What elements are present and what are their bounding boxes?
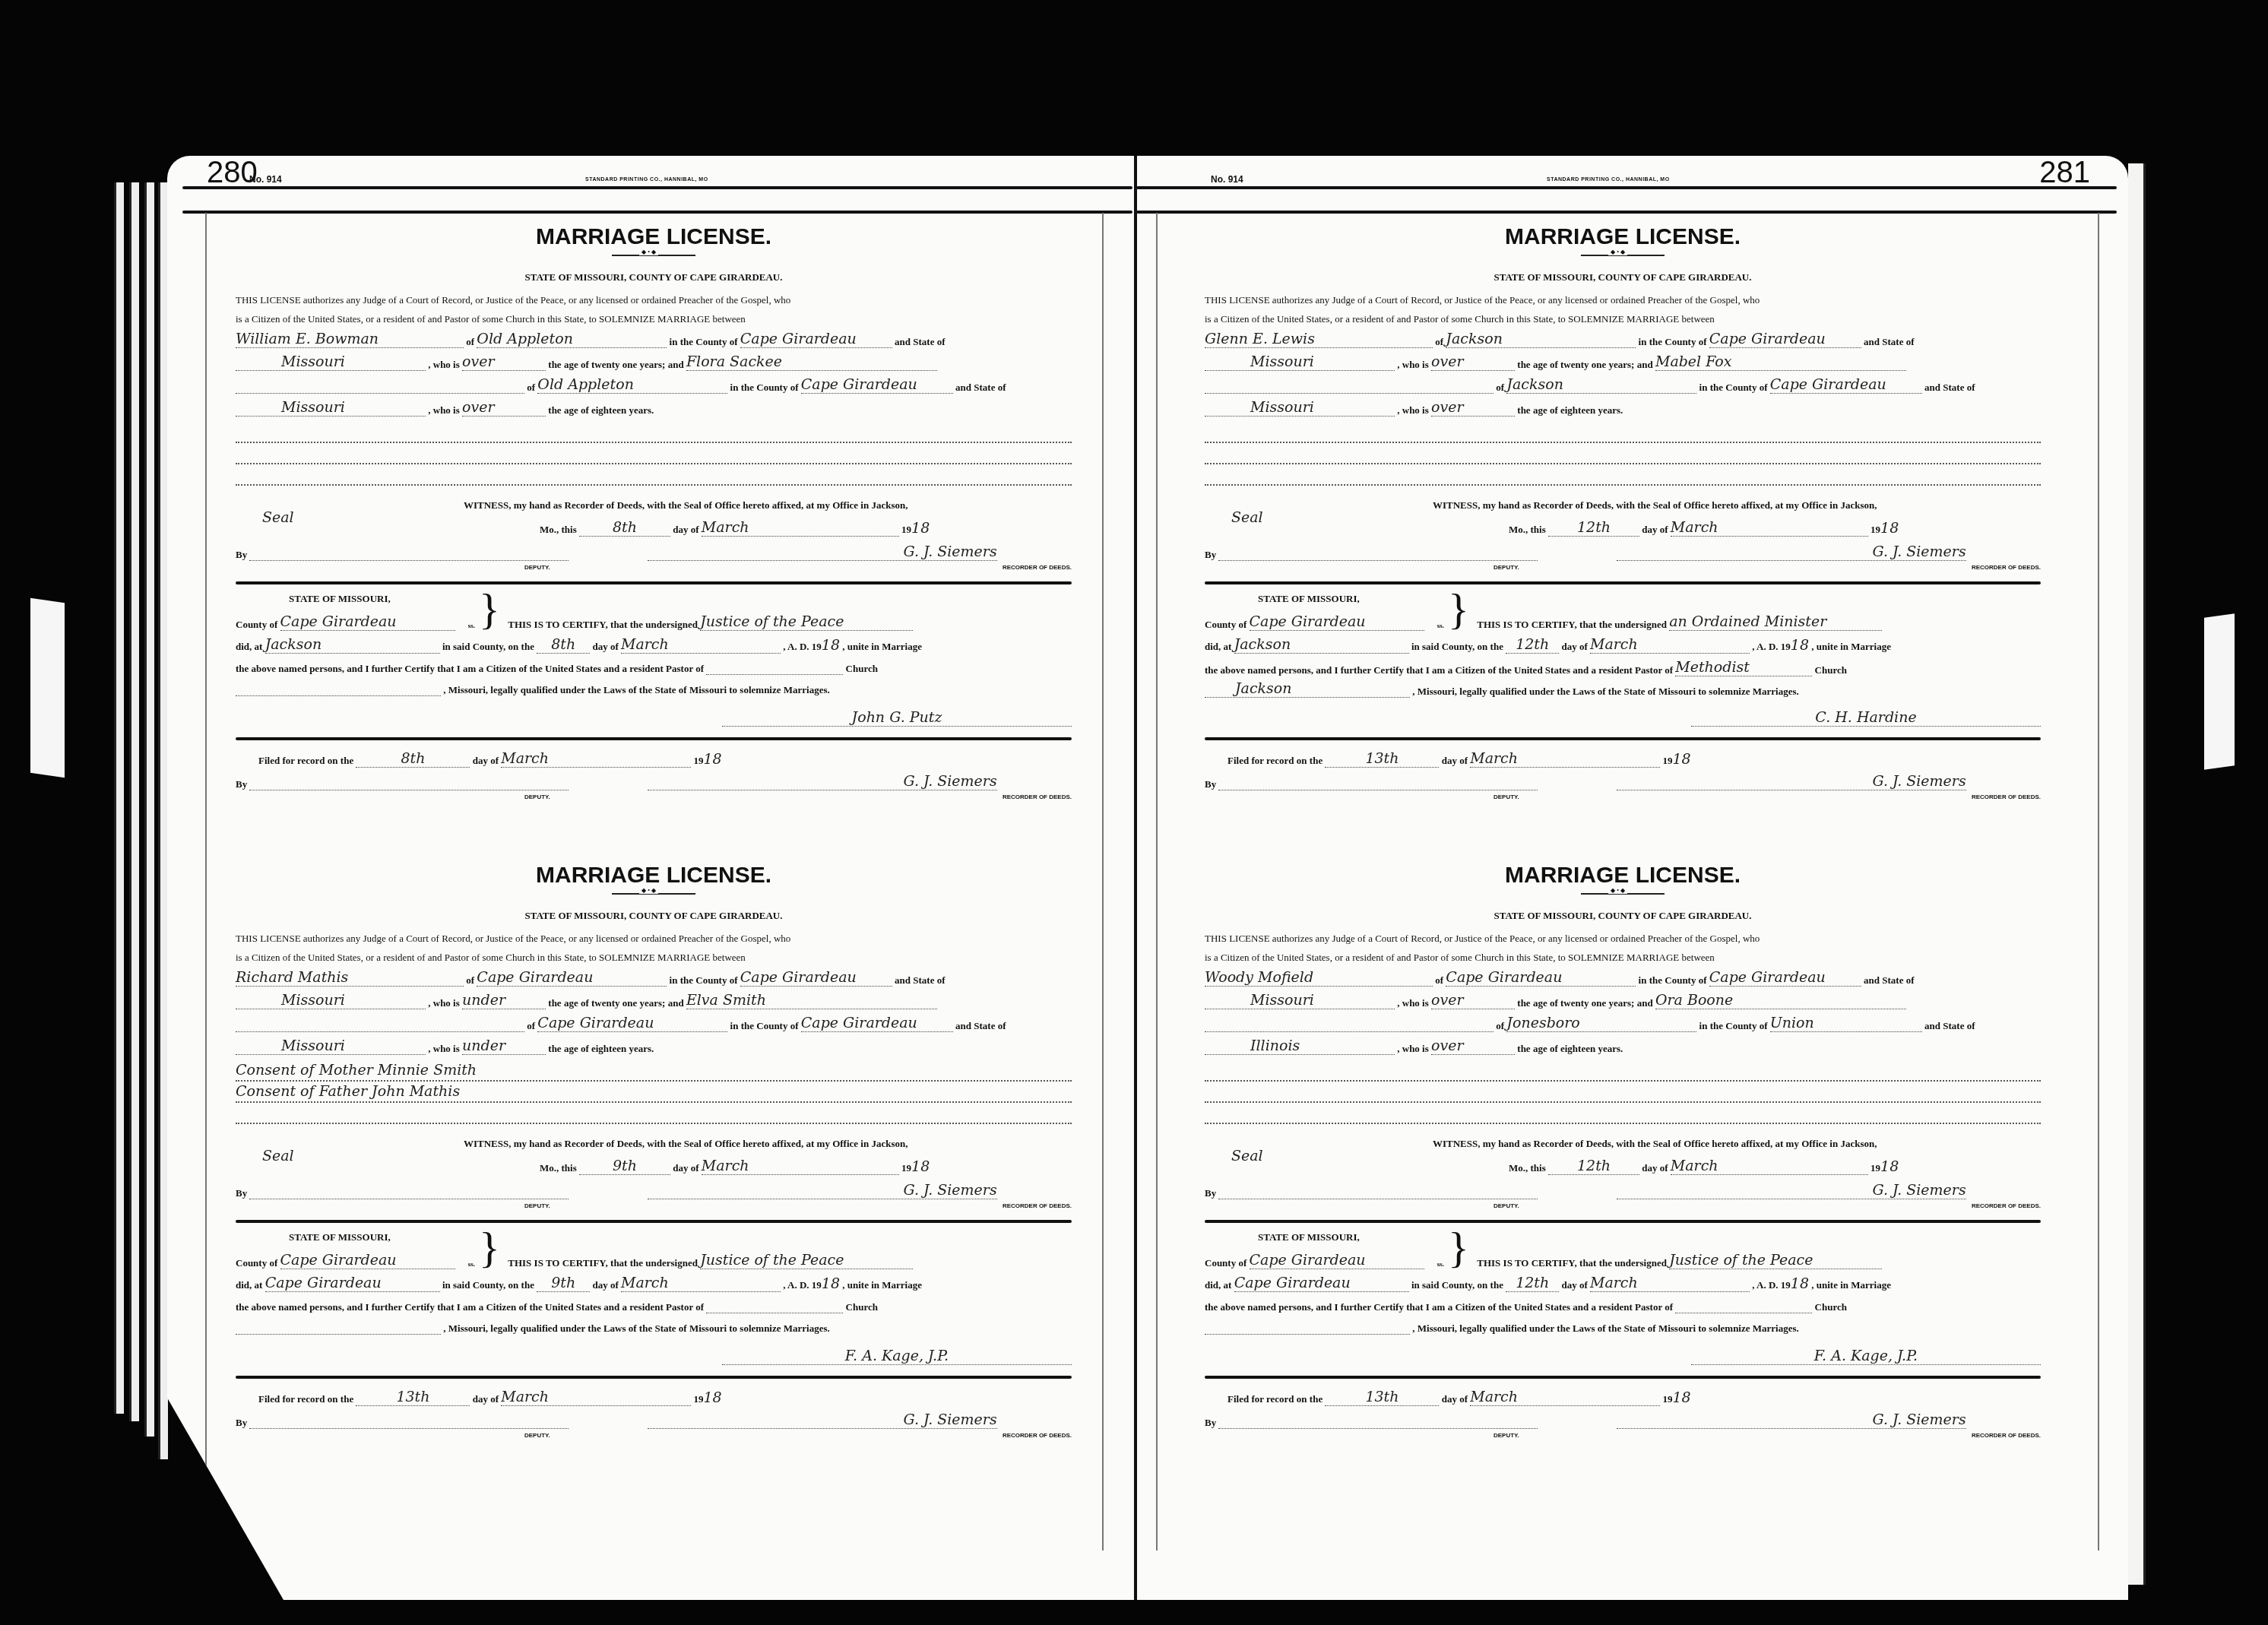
label: , who is bbox=[428, 404, 460, 416]
label: in the County of bbox=[1699, 382, 1768, 393]
label: , who is bbox=[428, 359, 460, 370]
cert-county: Cape Girardeau bbox=[280, 613, 455, 631]
label: of bbox=[527, 382, 535, 393]
license-title: MARRIAGE LICENSE. bbox=[1205, 224, 2041, 250]
label: , unite in Marriage bbox=[1811, 1279, 1891, 1291]
label: the age of twenty one years; and bbox=[548, 359, 683, 370]
index-tab bbox=[2204, 613, 2235, 770]
label: Church bbox=[846, 1301, 878, 1313]
label: , A. D. 19 bbox=[783, 1279, 822, 1291]
officiant-signature: C. H. Hardine bbox=[1691, 709, 2041, 727]
label: Church bbox=[846, 663, 878, 674]
label: in said County, on the bbox=[1411, 641, 1503, 652]
recorder-signature: G. J. Siemers bbox=[648, 543, 997, 561]
label: of bbox=[1496, 382, 1504, 393]
recorder-signature: G. J. Siemers bbox=[1617, 543, 1966, 561]
label: of bbox=[466, 336, 474, 347]
ornament-divider bbox=[1581, 893, 1665, 895]
filed-day: 13th bbox=[356, 1389, 470, 1406]
label: day of bbox=[673, 1162, 698, 1174]
page-number: 280 bbox=[207, 156, 258, 190]
label: Filed for record on the bbox=[258, 755, 353, 766]
marriage-year: 18 bbox=[1791, 1275, 1809, 1292]
recorder-label: RECORDER OF DEEDS. bbox=[1003, 564, 1072, 571]
label: did, at bbox=[236, 1279, 262, 1291]
groom-age-qualifier: over bbox=[1431, 353, 1515, 371]
officiant-title: Justice of the Peace bbox=[1669, 1252, 1882, 1269]
label: , who is bbox=[1397, 404, 1429, 416]
open-ledger: 280 No. 914 STANDARD PRINTING CO., HANNI… bbox=[167, 156, 2128, 1600]
label: Mo., this bbox=[540, 1162, 577, 1174]
label: 19 bbox=[693, 755, 703, 766]
label: 19 bbox=[693, 1393, 703, 1405]
label: ss. bbox=[1437, 622, 1444, 629]
authorization-text: THIS LICENSE authorizes any Judge of a C… bbox=[236, 294, 1072, 306]
marriage-day: 12th bbox=[1506, 636, 1559, 654]
form-number: No. 914 bbox=[249, 174, 282, 185]
label: , Missouri, legally qualified under the … bbox=[443, 1322, 830, 1334]
license-title: MARRIAGE LICENSE. bbox=[1205, 863, 2041, 889]
label: , who is bbox=[1397, 1043, 1429, 1054]
label: and State of bbox=[955, 1020, 1006, 1031]
bride-age-qualifier: over bbox=[462, 399, 546, 417]
label: Mo., this bbox=[540, 524, 577, 535]
authorization-text: THIS LICENSE authorizes any Judge of a C… bbox=[236, 933, 1072, 945]
label: , Missouri, legally qualified under the … bbox=[1412, 686, 1799, 697]
marriage-license: MARRIAGE LICENSE. STATE OF MISSOURI, COU… bbox=[236, 863, 1072, 1509]
groom-age-qualifier: over bbox=[1431, 992, 1515, 1009]
groom-name: William E. Bowman bbox=[236, 331, 464, 348]
label: in said County, on the bbox=[442, 1279, 534, 1291]
label: By bbox=[236, 549, 247, 560]
label: and State of bbox=[1864, 974, 1914, 986]
filed-day: 13th bbox=[1325, 1389, 1439, 1406]
label: Mo., this bbox=[1509, 1162, 1546, 1174]
deputy-label: DEPUTY. bbox=[524, 564, 550, 571]
groom-name: Woody Mofield bbox=[1205, 969, 1433, 987]
cert-county: Cape Girardeau bbox=[1250, 1252, 1424, 1269]
seal-mark: Seal bbox=[262, 509, 294, 526]
label: did, at bbox=[1205, 1279, 1231, 1291]
seal-mark: Seal bbox=[262, 1148, 294, 1164]
issued-month: March bbox=[702, 519, 899, 537]
issued-year: 18 bbox=[911, 520, 930, 537]
label: in the County of bbox=[1639, 336, 1707, 347]
state-heading: STATE OF MISSOURI, COUNTY OF CAPE GIRARD… bbox=[1205, 271, 2041, 284]
recorder-label: RECORDER OF DEEDS. bbox=[1972, 793, 2041, 800]
church-denomination bbox=[1675, 1297, 1812, 1313]
label: the above named persons, and I further C… bbox=[1205, 664, 1673, 676]
bride-age-qualifier: under bbox=[462, 1037, 546, 1055]
license-title: MARRIAGE LICENSE. bbox=[236, 224, 1072, 250]
ornament-divider bbox=[612, 255, 695, 256]
church-town bbox=[1205, 1319, 1410, 1335]
bride-name: Elva Smith bbox=[686, 992, 937, 1009]
label: the age of twenty one years; and bbox=[1517, 359, 1652, 370]
groom-state: Missouri bbox=[236, 353, 426, 371]
label: day of bbox=[673, 524, 698, 535]
label: of bbox=[466, 974, 474, 986]
deputy-label: DEPUTY. bbox=[1494, 1202, 1519, 1209]
ornament-divider bbox=[1581, 255, 1665, 256]
label: the age of twenty one years; and bbox=[548, 997, 683, 1009]
issued-day: 8th bbox=[579, 519, 670, 537]
filed-recorder-signature: G. J. Siemers bbox=[648, 1411, 997, 1429]
marriage-place: Cape Girardeau bbox=[1234, 1275, 1409, 1292]
officiant-title: Justice of the Peace bbox=[700, 1252, 913, 1269]
issued-month: March bbox=[1671, 1158, 1868, 1175]
label: of bbox=[1496, 1020, 1504, 1031]
officiant-signature: John G. Putz bbox=[722, 709, 1072, 727]
filed-day: 13th bbox=[1325, 750, 1439, 768]
label: ss. bbox=[1437, 1260, 1444, 1268]
issued-month: March bbox=[702, 1158, 899, 1175]
officiant-signature: F. A. Kage, J.P. bbox=[722, 1348, 1072, 1365]
label: did, at bbox=[1205, 641, 1231, 652]
label: By bbox=[236, 1417, 247, 1428]
groom-residence: Cape Girardeau bbox=[477, 969, 667, 987]
label: day of bbox=[1561, 641, 1587, 652]
label: the age of eighteen years. bbox=[548, 404, 654, 416]
label: the above named persons, and I further C… bbox=[1205, 1301, 1673, 1313]
label: By bbox=[1205, 778, 1216, 790]
label: By bbox=[1205, 1417, 1216, 1428]
state-of-missouri: STATE OF MISSOURI, bbox=[1258, 593, 1360, 605]
bride-state: Illinois bbox=[1205, 1037, 1395, 1055]
cert-county: Cape Girardeau bbox=[280, 1252, 455, 1269]
label: of bbox=[527, 1020, 535, 1031]
label: day of bbox=[473, 1393, 499, 1405]
label: , Missouri, legally qualified under the … bbox=[443, 684, 830, 695]
consent-line: Consent of Father John Mathis bbox=[236, 1083, 1072, 1100]
officiant-title: an Ordained Minister bbox=[1669, 613, 1882, 631]
marriage-day: 9th bbox=[537, 1275, 590, 1292]
bride-county: Cape Girardeau bbox=[1770, 376, 1922, 394]
filed-month: March bbox=[501, 1389, 691, 1406]
recorder-label: RECORDER OF DEEDS. bbox=[1003, 793, 1072, 800]
state-heading: STATE OF MISSOURI, COUNTY OF CAPE GIRARD… bbox=[1205, 910, 2041, 922]
page-edge bbox=[114, 182, 124, 1414]
witness-text: WITNESS, my hand as Recorder of Deeds, w… bbox=[464, 499, 1072, 512]
label: Filed for record on the bbox=[1227, 755, 1322, 766]
label: day of bbox=[473, 755, 499, 766]
state-of-missouri: STATE OF MISSOURI, bbox=[289, 593, 391, 605]
label: 19 bbox=[1662, 755, 1672, 766]
bride-name: Mabel Fox bbox=[1655, 353, 1906, 371]
deputy-label: DEPUTY. bbox=[1494, 564, 1519, 571]
label: Filed for record on the bbox=[258, 1393, 353, 1405]
label: THIS IS TO CERTIFY, that the undersigned bbox=[508, 619, 698, 630]
label: the above named persons, and I further C… bbox=[236, 1301, 704, 1313]
issued-day: 9th bbox=[579, 1158, 670, 1175]
label: 19 bbox=[1662, 1393, 1672, 1405]
label: of bbox=[1435, 336, 1443, 347]
groom-residence: Old Appleton bbox=[477, 331, 667, 348]
authorization-text: is a Citizen of the United States, or a … bbox=[236, 313, 1072, 325]
label: 19 bbox=[1870, 524, 1880, 535]
issued-day: 12th bbox=[1548, 519, 1639, 537]
label: of bbox=[1435, 974, 1443, 986]
issued-year: 18 bbox=[911, 1158, 930, 1175]
label: the age of eighteen years. bbox=[1517, 404, 1623, 416]
label: the age of eighteen years. bbox=[548, 1043, 654, 1054]
consent-line: Consent of Mother Minnie Smith bbox=[236, 1062, 1072, 1079]
marriage-year: 18 bbox=[822, 637, 840, 654]
label: in the County of bbox=[670, 336, 738, 347]
label: day of bbox=[1561, 1279, 1587, 1291]
groom-state: Missouri bbox=[1205, 992, 1395, 1009]
label: in the County of bbox=[1639, 974, 1707, 986]
label: Church bbox=[1815, 664, 1847, 676]
label: County of bbox=[1205, 1257, 1246, 1269]
label: , Missouri, legally qualified under the … bbox=[1412, 1322, 1799, 1334]
marriage-license: MARRIAGE LICENSE. STATE OF MISSOURI, COU… bbox=[236, 224, 1072, 870]
issued-month: March bbox=[1671, 519, 1868, 537]
label: in the County of bbox=[730, 1020, 799, 1031]
issued-day: 12th bbox=[1548, 1158, 1639, 1175]
page-edge-right bbox=[2128, 163, 2146, 1585]
label: and State of bbox=[895, 974, 945, 986]
filed-day: 8th bbox=[356, 750, 470, 768]
witness-text: WITNESS, my hand as Recorder of Deeds, w… bbox=[1433, 499, 2041, 512]
label: and State of bbox=[1864, 336, 1914, 347]
groom-county: Cape Girardeau bbox=[740, 331, 892, 348]
bride-county: Union bbox=[1770, 1015, 1922, 1032]
page-edge bbox=[144, 182, 154, 1437]
recorder-label: RECORDER OF DEEDS. bbox=[1972, 564, 2041, 571]
bride-residence: Jonesboro bbox=[1506, 1015, 1696, 1032]
filed-year: 18 bbox=[1672, 1389, 1690, 1406]
church-town: Jackson bbox=[1205, 680, 1410, 698]
ornament-divider bbox=[612, 893, 695, 895]
filed-month: March bbox=[1470, 1389, 1660, 1406]
bride-state: Missouri bbox=[1205, 399, 1395, 417]
label: in the County of bbox=[730, 382, 799, 393]
marriage-month: March bbox=[1590, 1275, 1750, 1292]
license-title: MARRIAGE LICENSE. bbox=[236, 863, 1072, 889]
deputy-label: DEPUTY. bbox=[524, 1432, 550, 1439]
authorization-text: is a Citizen of the United States, or a … bbox=[236, 952, 1072, 964]
authorization-text: THIS LICENSE authorizes any Judge of a C… bbox=[1205, 933, 2041, 945]
filed-year: 18 bbox=[703, 1389, 721, 1406]
groom-residence: Jackson bbox=[1446, 331, 1636, 348]
label: day of bbox=[592, 1279, 618, 1291]
label: in the County of bbox=[1699, 1020, 1768, 1031]
groom-state: Missouri bbox=[236, 992, 426, 1009]
state-heading: STATE OF MISSOURI, COUNTY OF CAPE GIRARD… bbox=[236, 271, 1072, 284]
label: THIS IS TO CERTIFY, that the undersigned bbox=[1477, 619, 1667, 630]
label: THIS IS TO CERTIFY, that the undersigned bbox=[1477, 1257, 1667, 1269]
bride-name: Ora Boone bbox=[1655, 992, 1906, 1009]
label: County of bbox=[236, 1257, 277, 1269]
label: and State of bbox=[1924, 1020, 1975, 1031]
filed-recorder-signature: G. J. Siemers bbox=[648, 773, 997, 790]
label: Church bbox=[1815, 1301, 1847, 1313]
officiant-signature: F. A. Kage, J.P. bbox=[1691, 1348, 2041, 1365]
label: , who is bbox=[428, 1043, 460, 1054]
groom-county: Cape Girardeau bbox=[1709, 969, 1861, 987]
deputy-label: DEPUTY. bbox=[1494, 793, 1519, 800]
label: , A. D. 19 bbox=[1752, 641, 1791, 652]
label: , A. D. 19 bbox=[783, 641, 822, 652]
witness-text: WITNESS, my hand as Recorder of Deeds, w… bbox=[464, 1138, 1072, 1150]
label: , unite in Marriage bbox=[1811, 641, 1891, 652]
state-heading: STATE OF MISSOURI, COUNTY OF CAPE GIRARD… bbox=[236, 910, 1072, 922]
bride-age-qualifier: over bbox=[1431, 1037, 1515, 1055]
printer-imprint: STANDARD PRINTING CO., HANNIBAL, MO bbox=[1547, 177, 1670, 182]
recorder-label: RECORDER OF DEEDS. bbox=[1972, 1202, 2041, 1209]
bride-age-qualifier: over bbox=[1431, 399, 1515, 417]
label: the age of eighteen years. bbox=[1517, 1043, 1623, 1054]
label: the age of twenty one years; and bbox=[1517, 997, 1652, 1009]
page-number: 281 bbox=[2039, 156, 2090, 190]
church-town bbox=[236, 680, 441, 696]
label: day of bbox=[1642, 1162, 1668, 1174]
label: Mo., this bbox=[1509, 524, 1546, 535]
label: did, at bbox=[236, 641, 262, 652]
filed-recorder-signature: G. J. Siemers bbox=[1617, 1411, 1966, 1429]
bride-county: Cape Girardeau bbox=[801, 1015, 953, 1032]
filed-month: March bbox=[501, 750, 691, 768]
label: , unite in Marriage bbox=[842, 1279, 922, 1291]
recorder-label: RECORDER OF DEEDS. bbox=[1003, 1202, 1072, 1209]
marriage-day: 12th bbox=[1506, 1275, 1559, 1292]
label: 19 bbox=[901, 1162, 911, 1174]
state-of-missouri: STATE OF MISSOURI, bbox=[289, 1231, 391, 1243]
label: By bbox=[1205, 549, 1216, 560]
groom-name: Richard Mathis bbox=[236, 969, 464, 987]
label: By bbox=[236, 778, 247, 790]
printer-imprint: STANDARD PRINTING CO., HANNIBAL, MO bbox=[585, 177, 708, 182]
label: 19 bbox=[901, 524, 911, 535]
label: Filed for record on the bbox=[1227, 1393, 1322, 1405]
label: THIS IS TO CERTIFY, that the undersigned bbox=[508, 1257, 698, 1269]
officiant-title: Justice of the Peace bbox=[700, 613, 913, 631]
marriage-place: Jackson bbox=[265, 636, 440, 654]
marriage-day: 8th bbox=[537, 636, 590, 654]
recorder-signature: G. J. Siemers bbox=[1617, 1182, 1966, 1199]
book-gutter bbox=[1134, 156, 1137, 1600]
label: and State of bbox=[955, 382, 1006, 393]
church-denomination: Methodist bbox=[1675, 659, 1812, 676]
label: County of bbox=[236, 619, 277, 630]
recorder-label: RECORDER OF DEEDS. bbox=[1972, 1432, 2041, 1439]
state-of-missouri: STATE OF MISSOURI, bbox=[1258, 1231, 1360, 1243]
page-edge bbox=[129, 182, 139, 1421]
seal-mark: Seal bbox=[1231, 1148, 1263, 1164]
church-denomination bbox=[706, 1297, 843, 1313]
witness-text: WITNESS, my hand as Recorder of Deeds, w… bbox=[1433, 1138, 2041, 1150]
recorder-signature: G. J. Siemers bbox=[648, 1182, 997, 1199]
label: ss. bbox=[468, 1260, 475, 1268]
issued-year: 18 bbox=[1880, 520, 1899, 537]
label: day of bbox=[1442, 1393, 1468, 1405]
marriage-year: 18 bbox=[822, 1275, 840, 1292]
label: By bbox=[1205, 1187, 1216, 1199]
marriage-place: Jackson bbox=[1234, 636, 1409, 654]
label: in said County, on the bbox=[442, 641, 534, 652]
groom-county: Cape Girardeau bbox=[740, 969, 892, 987]
groom-county: Cape Girardeau bbox=[1709, 331, 1861, 348]
church-denomination bbox=[706, 659, 843, 675]
filed-recorder-signature: G. J. Siemers bbox=[1617, 773, 1966, 790]
label: in said County, on the bbox=[1411, 1279, 1503, 1291]
marriage-year: 18 bbox=[1791, 637, 1809, 654]
marriage-license: MARRIAGE LICENSE. STATE OF MISSOURI, COU… bbox=[1205, 224, 2041, 870]
label: ss. bbox=[468, 622, 475, 629]
label: , A. D. 19 bbox=[1752, 1279, 1791, 1291]
filed-year: 18 bbox=[703, 751, 721, 768]
groom-name: Glenn E. Lewis bbox=[1205, 331, 1433, 348]
bride-name: Flora Sackee bbox=[686, 353, 937, 371]
label: , who is bbox=[428, 997, 460, 1009]
label: day of bbox=[1442, 755, 1468, 766]
bride-residence: Cape Girardeau bbox=[537, 1015, 727, 1032]
marriage-month: March bbox=[621, 1275, 781, 1292]
bride-residence: Jackson bbox=[1506, 376, 1696, 394]
bride-state: Missouri bbox=[236, 1037, 426, 1055]
bride-residence: Old Appleton bbox=[537, 376, 727, 394]
authorization-text: is a Citizen of the United States, or a … bbox=[1205, 952, 2041, 964]
bride-county: Cape Girardeau bbox=[801, 376, 953, 394]
issued-year: 18 bbox=[1880, 1158, 1899, 1175]
label: day of bbox=[592, 641, 618, 652]
church-town bbox=[236, 1319, 441, 1335]
deputy-label: DEPUTY. bbox=[524, 1202, 550, 1209]
label: day of bbox=[1642, 524, 1668, 535]
deputy-label: DEPUTY. bbox=[1494, 1432, 1519, 1439]
filed-month: March bbox=[1470, 750, 1660, 768]
groom-age-qualifier: under bbox=[462, 992, 546, 1009]
label: and State of bbox=[895, 336, 945, 347]
recorder-label: RECORDER OF DEEDS. bbox=[1003, 1432, 1072, 1439]
marriage-place: Cape Girardeau bbox=[265, 1275, 440, 1292]
marriage-month: March bbox=[621, 636, 781, 654]
groom-state: Missouri bbox=[1205, 353, 1395, 371]
groom-age-qualifier: over bbox=[462, 353, 546, 371]
seal-mark: Seal bbox=[1231, 509, 1263, 526]
label: in the County of bbox=[670, 974, 738, 986]
label: the above named persons, and I further C… bbox=[236, 663, 704, 674]
label: , who is bbox=[1397, 359, 1429, 370]
label: County of bbox=[1205, 619, 1246, 630]
bride-state: Missouri bbox=[236, 399, 426, 417]
cert-county: Cape Girardeau bbox=[1250, 613, 1424, 631]
form-number: No. 914 bbox=[1211, 174, 1243, 185]
index-tab bbox=[30, 598, 65, 778]
authorization-text: is a Citizen of the United States, or a … bbox=[1205, 313, 2041, 325]
label: 19 bbox=[1870, 1162, 1880, 1174]
marriage-license: MARRIAGE LICENSE. STATE OF MISSOURI, COU… bbox=[1205, 863, 2041, 1509]
authorization-text: THIS LICENSE authorizes any Judge of a C… bbox=[1205, 294, 2041, 306]
label: and State of bbox=[1924, 382, 1975, 393]
deputy-label: DEPUTY. bbox=[524, 793, 550, 800]
label: , unite in Marriage bbox=[842, 641, 922, 652]
filed-year: 18 bbox=[1672, 751, 1690, 768]
label: , who is bbox=[1397, 997, 1429, 1009]
marriage-month: March bbox=[1590, 636, 1750, 654]
label: By bbox=[236, 1187, 247, 1199]
groom-residence: Cape Girardeau bbox=[1446, 969, 1636, 987]
